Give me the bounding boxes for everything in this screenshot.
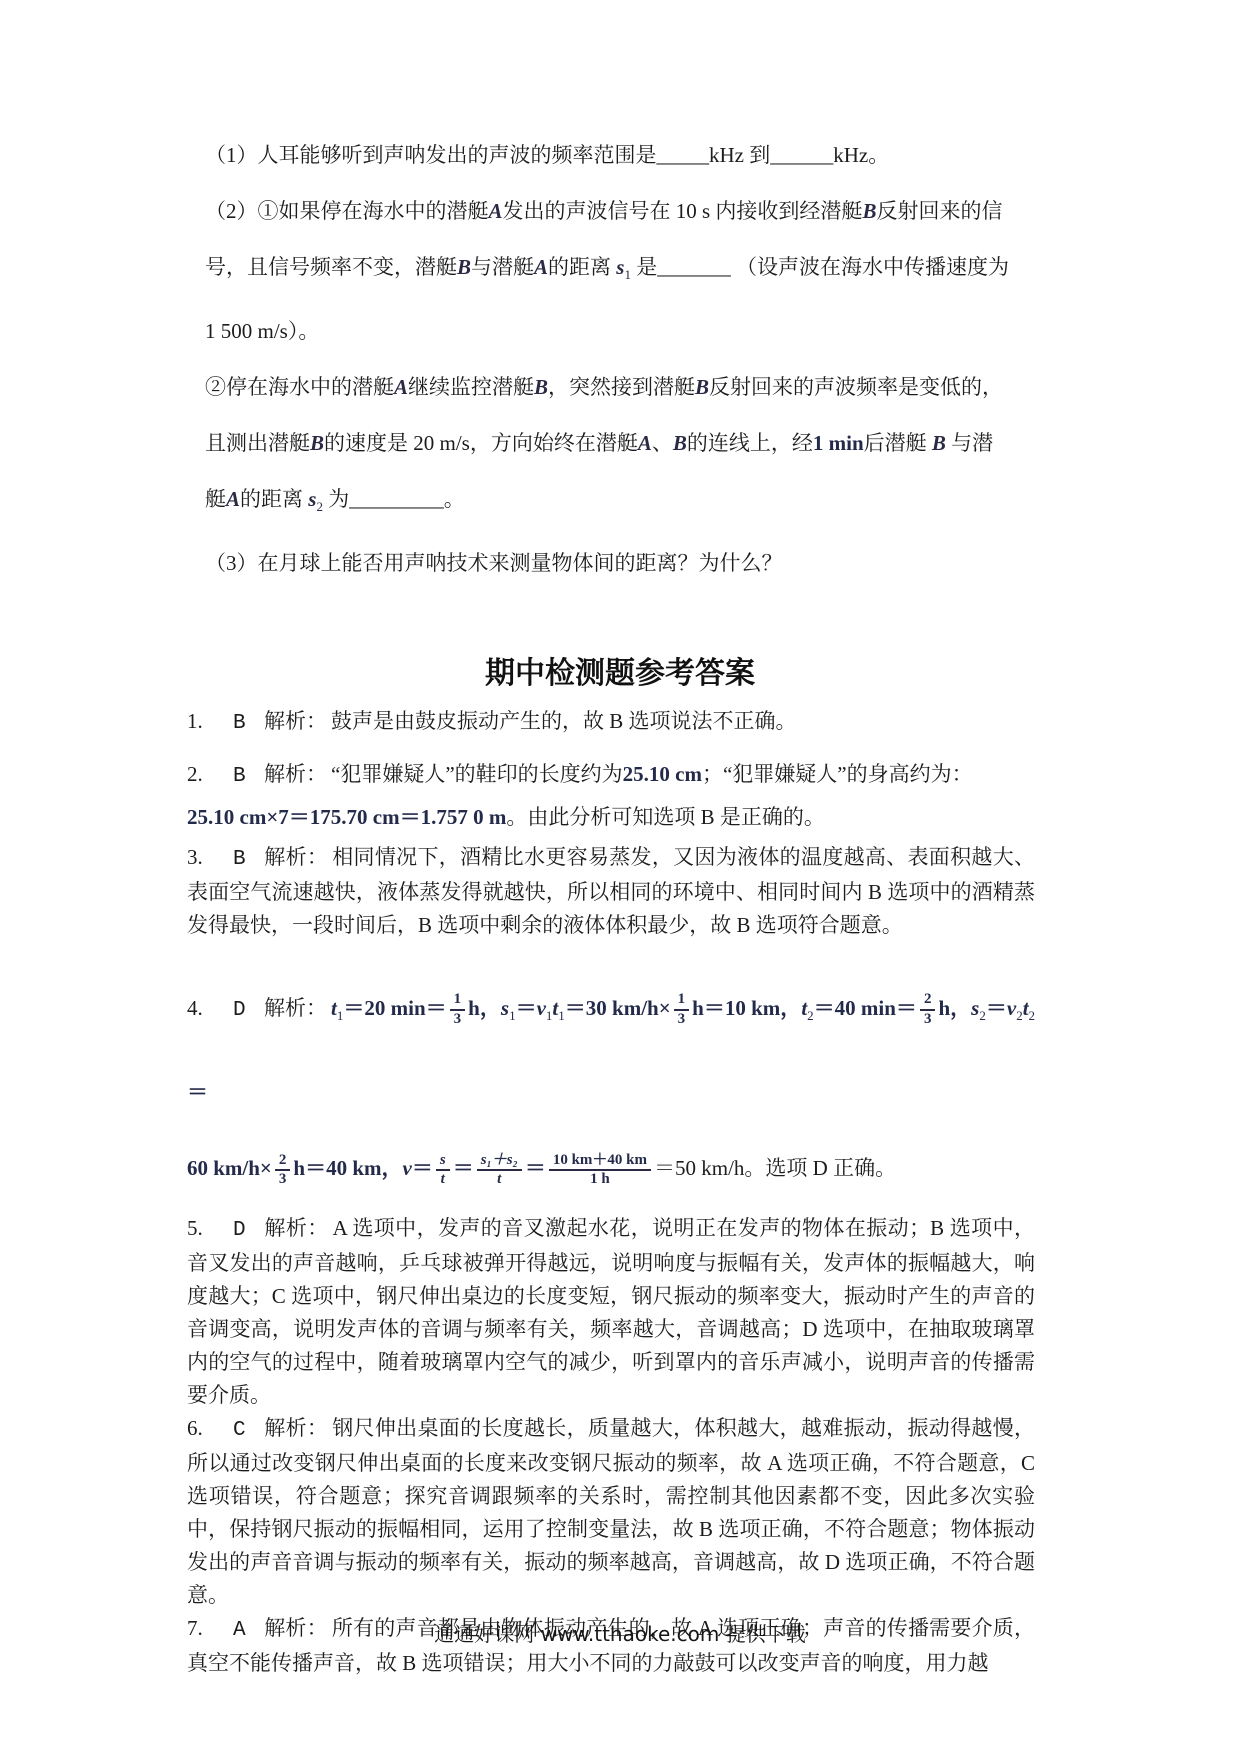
answer-letter: B (233, 843, 247, 876)
answer-label: 解析： (264, 1416, 328, 1440)
answer-item-4: 4.D解析：t1＝20 min＝13h，s1＝v1t1＝30 km/h×13h＝… (187, 970, 1035, 1206)
formula-text: ＝30 km/h× (565, 996, 671, 1020)
answer-number: 4. (187, 970, 233, 1046)
variable-B: B (310, 431, 324, 455)
formula-text: h＝40 km， (293, 1156, 402, 1180)
question-text: ，突然接到潜艇 (548, 375, 695, 399)
question-text: 后潜艇 (864, 431, 932, 455)
answer-letter: B (233, 757, 247, 797)
formula-text: ＝ (986, 996, 1007, 1020)
question-text: 与潜艇 (471, 255, 534, 279)
subscript: 2 (1029, 1008, 1036, 1023)
question-text: ②停在海水中的潜艇 (205, 375, 394, 399)
question-text: 发出的声波信号在 10 s 内接收到经潜艇 (503, 199, 863, 223)
answer-section: 1.B解析：鼓声是由鼓皮振动产生的，故 B 选项说法不正确。 2.B解析：“犯罪… (187, 705, 1035, 1680)
question-line-4: 1 500 m/s）。 (205, 316, 1040, 346)
formula-text: h＝10 km， (692, 996, 801, 1020)
fraction-1-3: 13 (674, 992, 690, 1028)
question-line-6: 且测出潜艇B的速度是 20 m/s，方向始终在潜艇A、B的连线上，经1 min后… (205, 428, 1040, 458)
question-text: 1 500 m/s）。 (205, 319, 319, 343)
variable-B: B (862, 199, 876, 223)
question-text: 艇 (205, 487, 226, 511)
question-text: 反射回来的信 (876, 199, 1002, 223)
fraction-s-t: st (436, 1153, 450, 1189)
variable-A: A (226, 487, 240, 511)
variable-B: B (932, 431, 946, 455)
variable-B: B (534, 375, 548, 399)
formula-text: ＝ (187, 1080, 208, 1104)
answer-text: “犯罪嫌疑人”的鞋印的长度约为 (331, 762, 623, 786)
question-text: 的速度是 20 m/s，方向始终在潜艇 (324, 431, 638, 455)
answer-number: 5. (187, 1212, 233, 1245)
formula-text: ＝ (453, 1156, 474, 1180)
answer-text: 钢尺伸出桌面的长度越长，质量越大，体积越大，越难振动，振动得越慢，所以通过改变钢… (187, 1416, 1035, 1607)
formula-1min: 1 min (813, 431, 864, 455)
question-section: （1）人耳能够听到声呐发出的声波的频率范围是_____kHz 到______kH… (205, 140, 1040, 604)
question-text: 的连线上，经 (687, 431, 813, 455)
question-text: 且测出潜艇 (205, 431, 310, 455)
question-line-3: 号，且信号频率不变，潜艇B与潜艇A的距离 s1 是_______ （设声波在海水… (205, 252, 1040, 290)
question-text: 是_______ （设声波在海水中传播速度为 (631, 255, 1009, 279)
question-text: （3）在月球上能否用声呐技术来测量物体间的距离？为什么？ (205, 551, 783, 575)
answer-letter: D (233, 1214, 247, 1247)
variable-B: B (457, 255, 471, 279)
question-text: 号，且信号频率不变，潜艇 (205, 255, 457, 279)
page-footer: 通通好课网 www.tthaoke.com 提供下载 (0, 1618, 1240, 1647)
question-text: 的距离 (240, 487, 308, 511)
question-line-7: 艇A的距离 s2 为_________。 (205, 484, 1040, 522)
variable-B: B (695, 375, 709, 399)
answer-text: ；“犯罪嫌疑人”的身高约为： (702, 762, 973, 786)
fraction-km-h: 10 km＋40 km1 h (549, 1153, 651, 1189)
variable-A: A (534, 255, 548, 279)
answer-number: 2. (187, 754, 233, 794)
answer-item-5: 5.D解析：A 选项中，发声的音叉激起水花，说明正在发声的物体在振动；B 选项中… (187, 1212, 1035, 1412)
formula-text: h， (468, 996, 501, 1020)
question-text: 的距离 (548, 255, 616, 279)
formula-height-calc: 25.10 cm×7＝175.70 cm＝1.757 0 m (187, 805, 506, 829)
answer-label: 解析： (264, 762, 327, 786)
answer-label: 解析： (264, 845, 328, 869)
answer-number: 6. (187, 1412, 233, 1445)
variable-A: A (394, 375, 408, 399)
fraction-2-3: 23 (275, 1153, 291, 1189)
formula-text: ＝20 min＝ (343, 996, 446, 1020)
footer-text: 通通好课网 www.tthaoke.com 提供下载 (434, 1622, 805, 1646)
variable-B: B (673, 431, 687, 455)
variable-v: v (403, 1156, 412, 1180)
answer-text: 鼓声是由鼓皮振动产生的，故 B 选项说法不正确。 (331, 709, 797, 733)
question-line-2: （2）①如果停在海水中的潜艇A发出的声波信号在 10 s 内接收到经潜艇B反射回… (205, 196, 1040, 226)
formula-text: ＝40 min＝ (814, 996, 917, 1020)
answer-text: 。由此分析可知选项 B 是正确的。 (506, 805, 825, 829)
question-line-1: （1）人耳能够听到声呐发出的声波的频率范围是_____kHz 到______kH… (205, 140, 1040, 170)
formula-text: ＝ (412, 1156, 433, 1180)
question-text: （1）人耳能够听到声呐发出的声波的频率范围是_____kHz 到______kH… (205, 143, 889, 167)
answer-number: 3. (187, 841, 233, 874)
formula-text: ＝ (516, 996, 537, 1020)
formula-shoe-length: 25.10 cm (623, 762, 702, 786)
answer-item-6: 6.C解析：钢尺伸出桌面的长度越长，质量越大，体积越大，越难振动，振动得越慢，所… (187, 1412, 1035, 1612)
question-text: 、 (652, 431, 673, 455)
question-text: 为_________。 (323, 487, 465, 511)
answer-label: 解析： (264, 996, 327, 1020)
document-page: （1）人耳能够听到声呐发出的声波的频率范围是_____kHz 到______kH… (0, 0, 1240, 1754)
question-line-8: （3）在月球上能否用声呐技术来测量物体间的距离？为什么？ (205, 548, 1040, 578)
variable-v: v (1007, 996, 1016, 1020)
fraction-2-3: 23 (920, 992, 936, 1028)
answer-letter: B (233, 707, 247, 740)
question-line-5: ②停在海水中的潜艇A继续监控潜艇B，突然接到潜艇B反射回来的声波频率是变低的， (205, 372, 1040, 402)
answer-item-2: 2.B解析：“犯罪嫌疑人”的鞋印的长度约为25.10 cm；“犯罪嫌疑人”的身高… (187, 754, 1035, 837)
question-text: 与潜 (946, 431, 993, 455)
formula-text: ＝ (525, 1156, 546, 1180)
answer-label: 解析： (264, 1216, 329, 1240)
question-text: 继续监控潜艇 (408, 375, 534, 399)
fraction-s1s2-t: s₁＋s₂t (477, 1153, 522, 1189)
answer-item-3: 3.B解析：相同情况下，酒精比水更容易蒸发，又因为液体的温度越高、表面积越大、表… (187, 841, 1035, 942)
answer-letter: C (233, 1414, 247, 1447)
fraction-1-3: 13 (450, 992, 466, 1028)
variable-s: s (501, 996, 509, 1020)
variable-A: A (638, 431, 652, 455)
variable-A: A (489, 199, 503, 223)
variable-v: v (537, 996, 546, 1020)
question-text: （2）①如果停在海水中的潜艇 (205, 199, 489, 223)
question-text: 反射回来的声波频率是变低的， (709, 375, 1003, 399)
answer-letter: D (233, 973, 247, 1049)
answer-text: A 选项中，发声的音叉激起水花，说明正在发声的物体在振动；B 选项中，音叉发出的… (187, 1216, 1035, 1407)
formula-text: 60 km/h× (187, 1156, 272, 1180)
answer-item-1: 1.B解析：鼓声是由鼓皮振动产生的，故 B 选项说法不正确。 (187, 705, 1035, 740)
answers-heading: 期中检测题参考答案 (0, 648, 1240, 692)
answer-label: 解析： (264, 709, 327, 733)
answer-text: ＝50 km/h。选项 D 正确。 (654, 1156, 896, 1180)
answer-number: 1. (187, 705, 233, 738)
formula-text: h， (938, 996, 971, 1020)
